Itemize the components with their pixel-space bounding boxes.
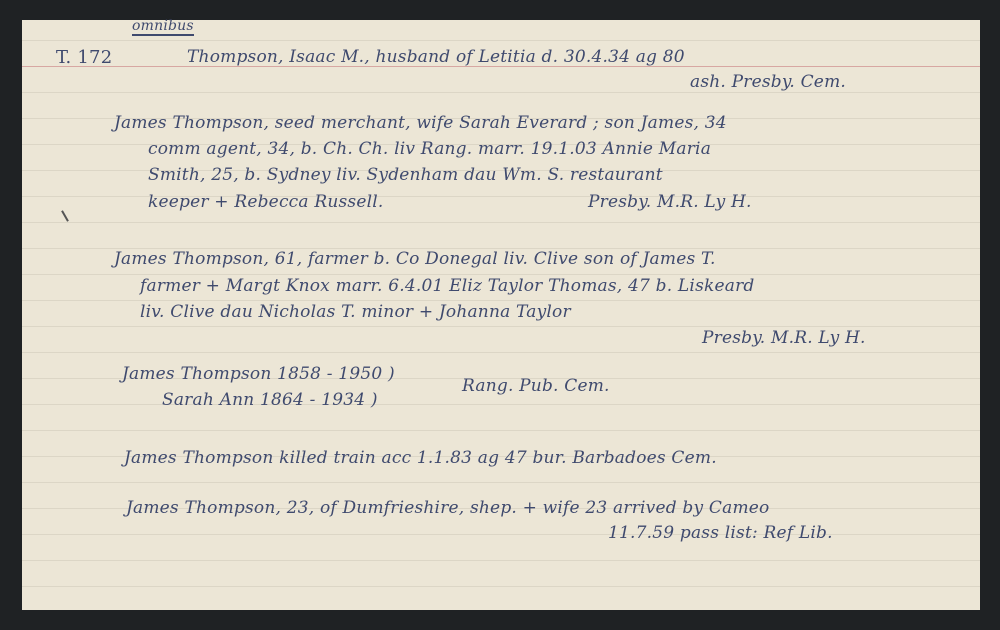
entry-line: James Thompson killed train acc 1.1.83 a… — [124, 448, 717, 468]
card-reference: T. 172 — [56, 47, 112, 68]
entry-line: comm agent, 34, b. Ch. Ch. liv Rang. mar… — [148, 139, 711, 159]
ink-mark — [61, 210, 69, 221]
entry-line: Presby. M.R. Ly H. — [588, 192, 752, 212]
entry-line: Rang. Pub. Cem. — [462, 376, 610, 396]
entry-line: 11.7.59 pass list: Ref Lib. — [608, 523, 833, 543]
entry-line: James Thompson, seed merchant, wife Sara… — [114, 113, 727, 133]
index-card: omnibus T. 172 Thompson, Isaac M., husba… — [22, 20, 980, 610]
entry-line: Sarah Ann 1864 - 1934 ) — [162, 390, 378, 410]
entry-line: farmer + Margt Knox marr. 6.4.01 Eliz Ta… — [140, 276, 755, 296]
entry-line: James Thompson, 23, of Dumfrieshire, she… — [126, 498, 769, 518]
entry-line: keeper + Rebecca Russell. — [148, 192, 383, 212]
entry-line: liv. Clive dau Nicholas T. minor + Johan… — [140, 302, 571, 322]
entry-line: James Thompson 1858 - 1950 ) — [122, 364, 395, 384]
header-label: omnibus — [132, 18, 194, 36]
entry-line: ash. Presby. Cem. — [690, 72, 846, 92]
entry-line: James Thompson, 61, farmer b. Co Donegal… — [114, 249, 716, 269]
entry-line: Thompson, Isaac M., husband of Letitia d… — [187, 47, 685, 67]
entry-line: Smith, 25, b. Sydney liv. Sydenham dau W… — [148, 165, 663, 185]
entry-line: Presby. M.R. Ly H. — [702, 328, 866, 348]
